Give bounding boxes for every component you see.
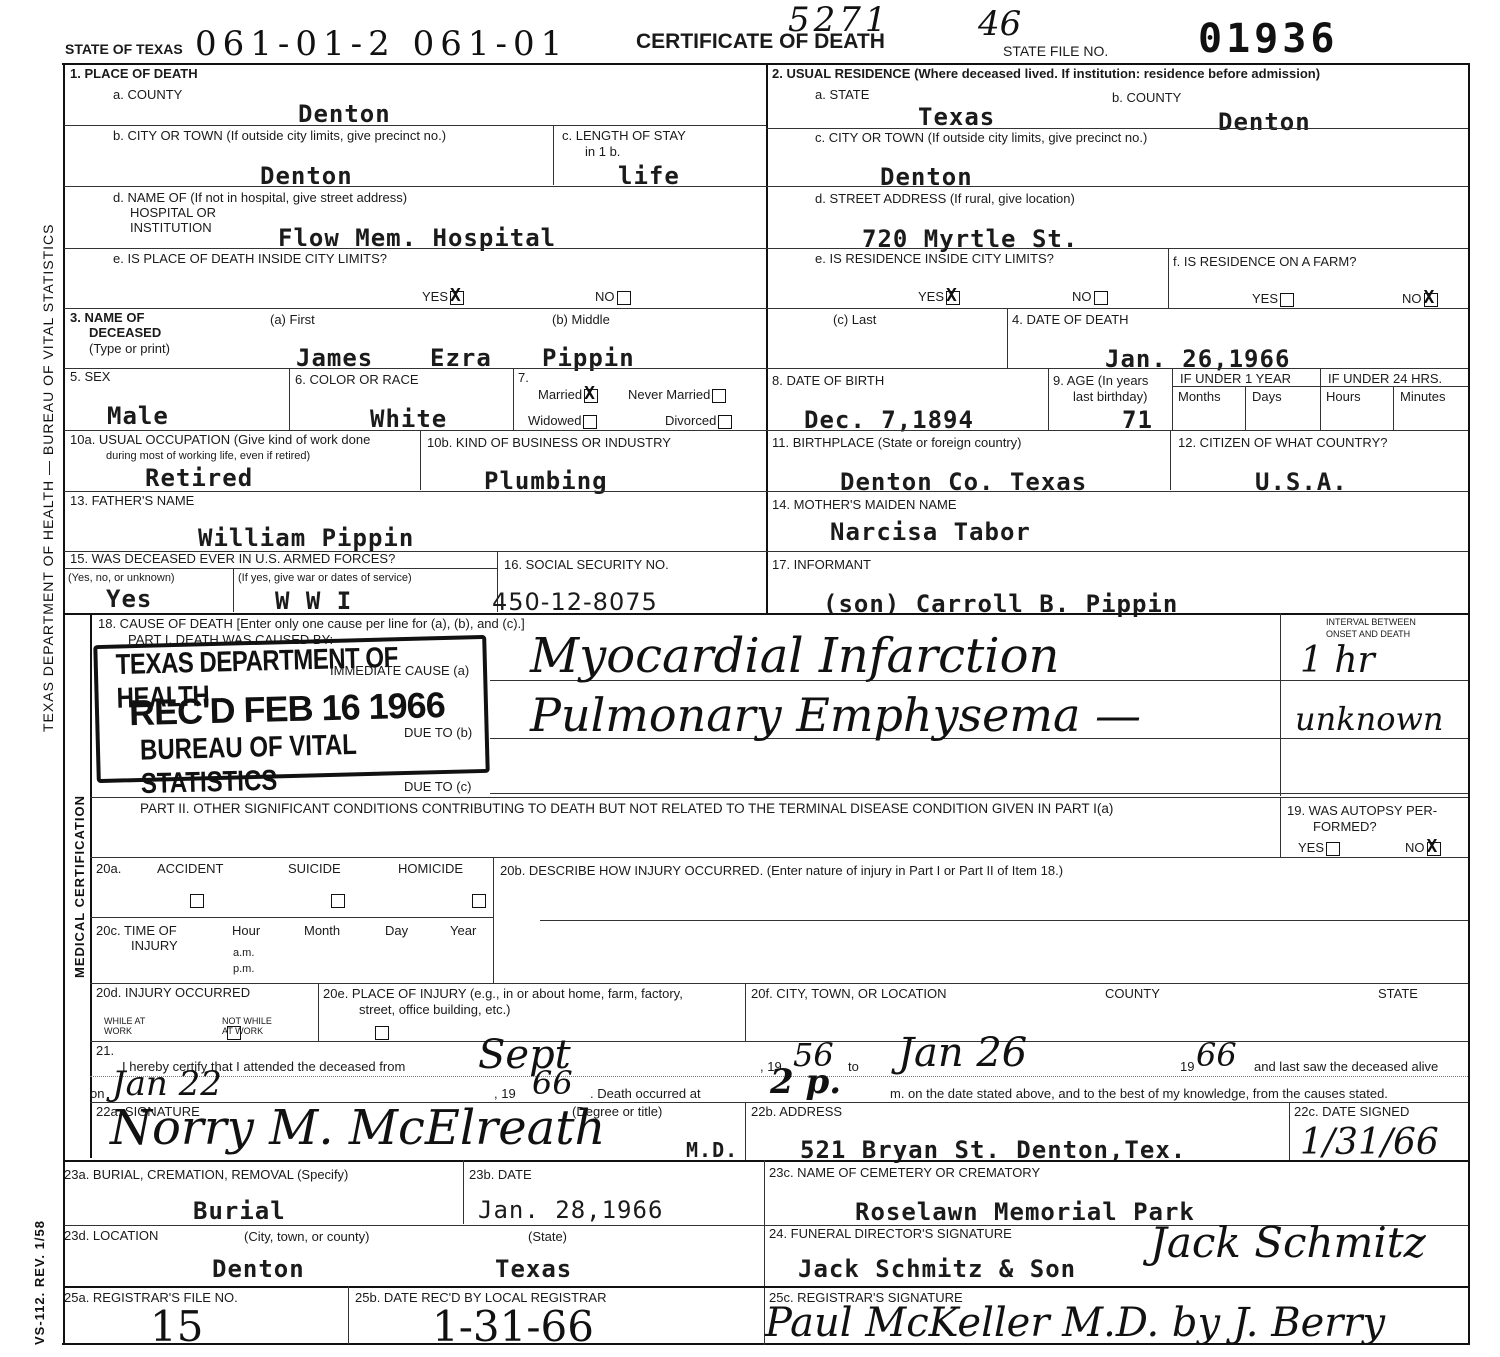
autopsy-no[interactable]: NO <box>1405 841 1441 856</box>
location-state: Texas <box>495 1255 572 1283</box>
autopsy-yes[interactable]: YES <box>1298 841 1340 856</box>
funeral-director: Jack Schmitz & Son <box>798 1255 1076 1283</box>
date-of-death-label: 4. DATE OF DEATH <box>1012 313 1129 327</box>
farm-yes[interactable]: YES <box>1252 292 1294 307</box>
state-sub-label: (State) <box>528 1230 567 1244</box>
name-label-2: DECEASED <box>89 326 161 340</box>
state-handwritten-code: 061-01-2 061-01 <box>195 24 568 64</box>
hospital-label-2: HOSPITAL OR <box>130 206 216 220</box>
place-of-death-label: 1. PLACE OF DEATH <box>70 67 198 81</box>
pod-county-label: a. COUNTY <box>113 88 182 102</box>
res-county-label: b. COUNTY <box>1112 91 1181 105</box>
burial-date: Jan. 28,1966 <box>478 1196 663 1224</box>
race: White <box>370 405 447 433</box>
res-state-label: a. STATE <box>815 88 869 102</box>
death-occurred-label: . Death occurred at <box>590 1087 701 1101</box>
day-label: Day <box>385 924 408 938</box>
occupation-label: 10a. USUAL OCCUPATION (Give kind of work… <box>70 433 370 447</box>
widowed-option[interactable]: Widowed <box>528 414 597 429</box>
checkbox-icon[interactable] <box>1326 842 1340 856</box>
not-while-at-work-checkbox[interactable] <box>375 1026 389 1040</box>
dob-label: 8. DATE OF BIRTH <box>772 374 884 388</box>
mother-name: Narcisa Tabor <box>830 518 1031 546</box>
birthplace-label: 11. BIRTHPLACE (State or foreign country… <box>772 436 1022 450</box>
sex: Male <box>107 402 169 430</box>
res-inside-yes[interactable]: YES <box>918 290 960 305</box>
handwritten-number-2: 46 <box>978 4 1021 44</box>
sex-label: 5. SEX <box>70 370 110 384</box>
injury-city-label: 20f. CITY, TOWN, OR LOCATION <box>751 987 947 1001</box>
to-year-prefix: 19 <box>1180 1060 1194 1074</box>
stay-label-2: in 1 b. <box>585 145 620 159</box>
funeral-director-label: 24. FUNERAL DIRECTOR'S SIGNATURE <box>769 1227 1012 1241</box>
name-label-3: (Type or print) <box>89 342 170 356</box>
autopsy-label-2: FORMED? <box>1313 820 1377 834</box>
checkbox-checked-icon[interactable] <box>1424 293 1438 307</box>
months-label: Months <box>1178 390 1221 404</box>
res-street: 720 Myrtle St. <box>862 225 1078 253</box>
on-label: on <box>90 1087 104 1101</box>
first-name-label: (a) First <box>270 313 315 327</box>
interval-label-2: ONSET AND DEATH <box>1326 630 1410 640</box>
autopsy-label: 19. WAS AUTOPSY PER- <box>1287 804 1437 818</box>
mother-label: 14. MOTHER'S MAIDEN NAME <box>772 498 957 512</box>
checkbox-checked-icon[interactable] <box>946 291 960 305</box>
injury-state-label: STATE <box>1378 987 1418 1001</box>
am-label: a.m. <box>233 947 254 959</box>
under-24-hrs-label: IF UNDER 24 HRS. <box>1328 372 1442 386</box>
cemetery-name: Roselawn Memorial Park <box>855 1198 1195 1226</box>
age-label-2: last birthday) <box>1073 390 1147 404</box>
checkbox-icon[interactable] <box>718 415 732 429</box>
res-inside-no[interactable]: NO <box>1072 290 1108 305</box>
accident-checkbox[interactable] <box>190 894 204 908</box>
armed-forces: Yes <box>106 585 152 613</box>
form-revision: VS-112. REV. 1/58 <box>32 1220 47 1345</box>
death-time: 2 p. <box>770 1062 841 1102</box>
hospital-label-3: INSTITUTION <box>130 221 212 235</box>
res-street-label: d. STREET ADDRESS (If rural, give locati… <box>815 192 1075 206</box>
res-city-label: c. CITY OR TOWN (If outside city limits,… <box>815 131 1147 145</box>
physician-signature: Norry M. McElreath <box>110 1100 605 1156</box>
cause-label: 18. CAUSE OF DEATH [Enter only one cause… <box>98 617 525 631</box>
married-option[interactable]: Married <box>538 388 598 403</box>
checkbox-icon[interactable] <box>1094 291 1108 305</box>
month-label: Month <box>304 924 340 938</box>
informant-label: 17. INFORMANT <box>772 558 871 572</box>
time-of-injury-label: 20c. TIME OF <box>96 924 177 938</box>
father-name: William Pippin <box>198 524 414 552</box>
stay-label: c. LENGTH OF STAY <box>562 129 686 143</box>
certification-text-3: m. on the date stated above, and to the … <box>890 1087 1388 1101</box>
checkbox-icon[interactable] <box>583 415 597 429</box>
injury-county-label: COUNTY <box>1105 987 1160 1001</box>
business-label: 10b. KIND OF BUSINESS OR INDUSTRY <box>427 436 671 450</box>
never-married-option[interactable]: Never Married <box>628 388 726 403</box>
cemetery-label: 23c. NAME OF CEMETERY OR CREMATORY <box>769 1166 1040 1180</box>
checkbox-checked-icon[interactable] <box>450 291 464 305</box>
checkbox-icon[interactable] <box>617 291 631 305</box>
describe-injury-label: 20b. DESCRIBE HOW INJURY OCCURRED. (Ente… <box>500 864 1063 878</box>
pod-inside-yes[interactable]: YES <box>422 290 464 305</box>
attended-to-year: 66 <box>1196 1036 1237 1074</box>
pm-label: p.m. <box>233 963 254 975</box>
cause-b-handwritten: Pulmonary Emphysema — <box>530 688 1141 742</box>
registrar-signature: Paul McKeller M.D. by J. Berry <box>765 1300 1385 1346</box>
residence-label: 2. USUAL RESIDENCE (Where deceased lived… <box>772 67 1320 81</box>
burial-type: Burial <box>193 1197 286 1225</box>
date-signed: 1/31/66 <box>1300 1122 1439 1163</box>
checkbox-checked-icon[interactable] <box>584 389 598 403</box>
medical-certification-side-text: MEDICAL CERTIFICATION <box>72 795 87 978</box>
ssn-label: 16. SOCIAL SECURITY NO. <box>504 558 669 572</box>
under-1-year-label: IF UNDER 1 YEAR <box>1180 372 1291 386</box>
war-service: W W I <box>275 587 352 615</box>
state-file-label: STATE FILE NO. <box>1003 44 1108 59</box>
received-stamp: TEXAS DEPARTMENT OF HEALTH REC'D FEB 16 … <box>93 635 489 783</box>
time-of-injury-label-2: INJURY <box>131 939 178 953</box>
res-state: Texas <box>918 103 995 131</box>
interval-a: 1 hr <box>1300 640 1375 681</box>
certification-text-2: and last saw the deceased alive <box>1254 1060 1438 1074</box>
hour-label: Hour <box>232 924 260 938</box>
pod-inside-no[interactable]: NO <box>595 290 631 305</box>
cause-a-handwritten: Myocardial Infarction <box>530 628 1059 684</box>
race-label: 6. COLOR OR RACE <box>295 373 419 387</box>
armed-sub-2: (If yes, give war or dates of service) <box>238 572 412 584</box>
armed-forces-label: 15. WAS DECEASED EVER IN U.S. ARMED FORC… <box>70 552 395 566</box>
res-inside-limits-label: e. IS RESIDENCE INSIDE CITY LIMITS? <box>815 252 1054 266</box>
middle-name-label: (b) Middle <box>552 313 610 327</box>
age-label: 9. AGE (In years <box>1053 374 1148 388</box>
suicide-checkbox[interactable] <box>331 894 345 908</box>
physician-degree: M.D. <box>686 1138 738 1162</box>
homicide-label: HOMICIDE <box>398 862 463 876</box>
department-side-text: TEXAS DEPARTMENT OF HEALTH — BUREAU OF V… <box>40 223 56 732</box>
place-of-injury-label: 20e. PLACE OF INJURY (e.g., in or about … <box>323 987 683 1001</box>
res-farm-label: f. IS RESIDENCE ON A FARM? <box>1173 255 1357 269</box>
location-city: Denton <box>212 1255 305 1283</box>
injury-occurred-label: 20d. INJURY OCCURRED <box>96 986 250 1000</box>
interval-label: INTERVAL BETWEEN <box>1326 618 1416 628</box>
homicide-checkbox[interactable] <box>472 894 486 908</box>
to-label: to <box>848 1060 859 1074</box>
handwritten-number-1: 5271 <box>788 0 891 40</box>
checkbox-icon[interactable] <box>1280 293 1294 307</box>
registrar-date: 1-31-66 <box>432 1302 594 1351</box>
checkbox-icon[interactable] <box>712 389 726 403</box>
armed-sub-1: (Yes, no, or unknown) <box>68 572 175 584</box>
citizen-label: 12. CITIZEN OF WHAT COUNTRY? <box>1178 436 1387 450</box>
occupation: Retired <box>145 464 253 492</box>
hours-label: Hours <box>1326 390 1361 404</box>
pod-county: Denton <box>298 100 391 128</box>
marital-label: 7. <box>518 371 529 385</box>
burial-date-label: 23b. DATE <box>469 1168 532 1182</box>
accident-label: ACCIDENT <box>157 862 223 876</box>
state-label: STATE OF TEXAS <box>65 42 183 57</box>
location-label: 23d. LOCATION <box>64 1229 158 1243</box>
part-2-label: PART II. OTHER SIGNIFICANT CONDITIONS CO… <box>140 802 1113 817</box>
stamp-line-3: BUREAU OF VITAL STATISTICS <box>140 725 487 801</box>
res-county: Denton <box>1218 108 1311 136</box>
hospital-label: d. NAME OF (If not in hospital, give str… <box>113 191 407 205</box>
not-while-at-work-label: NOT WHILE AT WORK <box>222 1017 284 1037</box>
father-label: 13. FATHER'S NAME <box>70 494 194 508</box>
address-label: 22b. ADDRESS <box>751 1105 842 1119</box>
last-seen-date: Jan 22 <box>112 1064 222 1104</box>
suicide-label: SUICIDE <box>288 862 341 876</box>
checkbox-checked-icon[interactable] <box>1427 842 1441 856</box>
burial-label: 23a. BURIAL, CREMATION, REMOVAL (Specify… <box>64 1168 348 1182</box>
farm-no[interactable]: NO <box>1402 292 1438 307</box>
minutes-label: Minutes <box>1400 390 1446 404</box>
interval-b: unknown <box>1295 700 1443 738</box>
certification-num: 21. <box>96 1044 114 1058</box>
year-label: Year <box>450 924 476 938</box>
occupation-label-2: during most of working life, even if ret… <box>106 450 310 462</box>
date-signed-label: 22c. DATE SIGNED <box>1294 1105 1409 1119</box>
state-file-number: 01936 <box>1198 16 1338 62</box>
funeral-director-signature: Jack Schmitz <box>1150 1218 1426 1267</box>
injury-num: 20a. <box>96 862 121 876</box>
while-at-work-label: WHILE AT WORK <box>104 1017 154 1037</box>
pod-inside-limits-label: e. IS PLACE OF DEATH INSIDE CITY LIMITS? <box>113 252 387 266</box>
attended-to-date: Jan 26 <box>898 1030 1027 1076</box>
last-seen-year: 66 <box>532 1064 573 1102</box>
city-sub-label: (City, town, or county) <box>244 1230 369 1244</box>
name-label: 3. NAME OF <box>70 311 144 325</box>
divorced-option[interactable]: Divorced <box>665 414 732 429</box>
place-of-injury-label-2: street, office building, etc.) <box>359 1003 511 1017</box>
last-name-label: (c) Last <box>833 313 876 327</box>
social-security-number: 450-12-8075 <box>492 588 658 616</box>
res-city: Denton <box>880 163 973 191</box>
registrar-file-number: 15 <box>150 1302 203 1351</box>
days-label: Days <box>1252 390 1282 404</box>
pod-city-label: b. CITY OR TOWN (If outside city limits,… <box>113 129 446 143</box>
